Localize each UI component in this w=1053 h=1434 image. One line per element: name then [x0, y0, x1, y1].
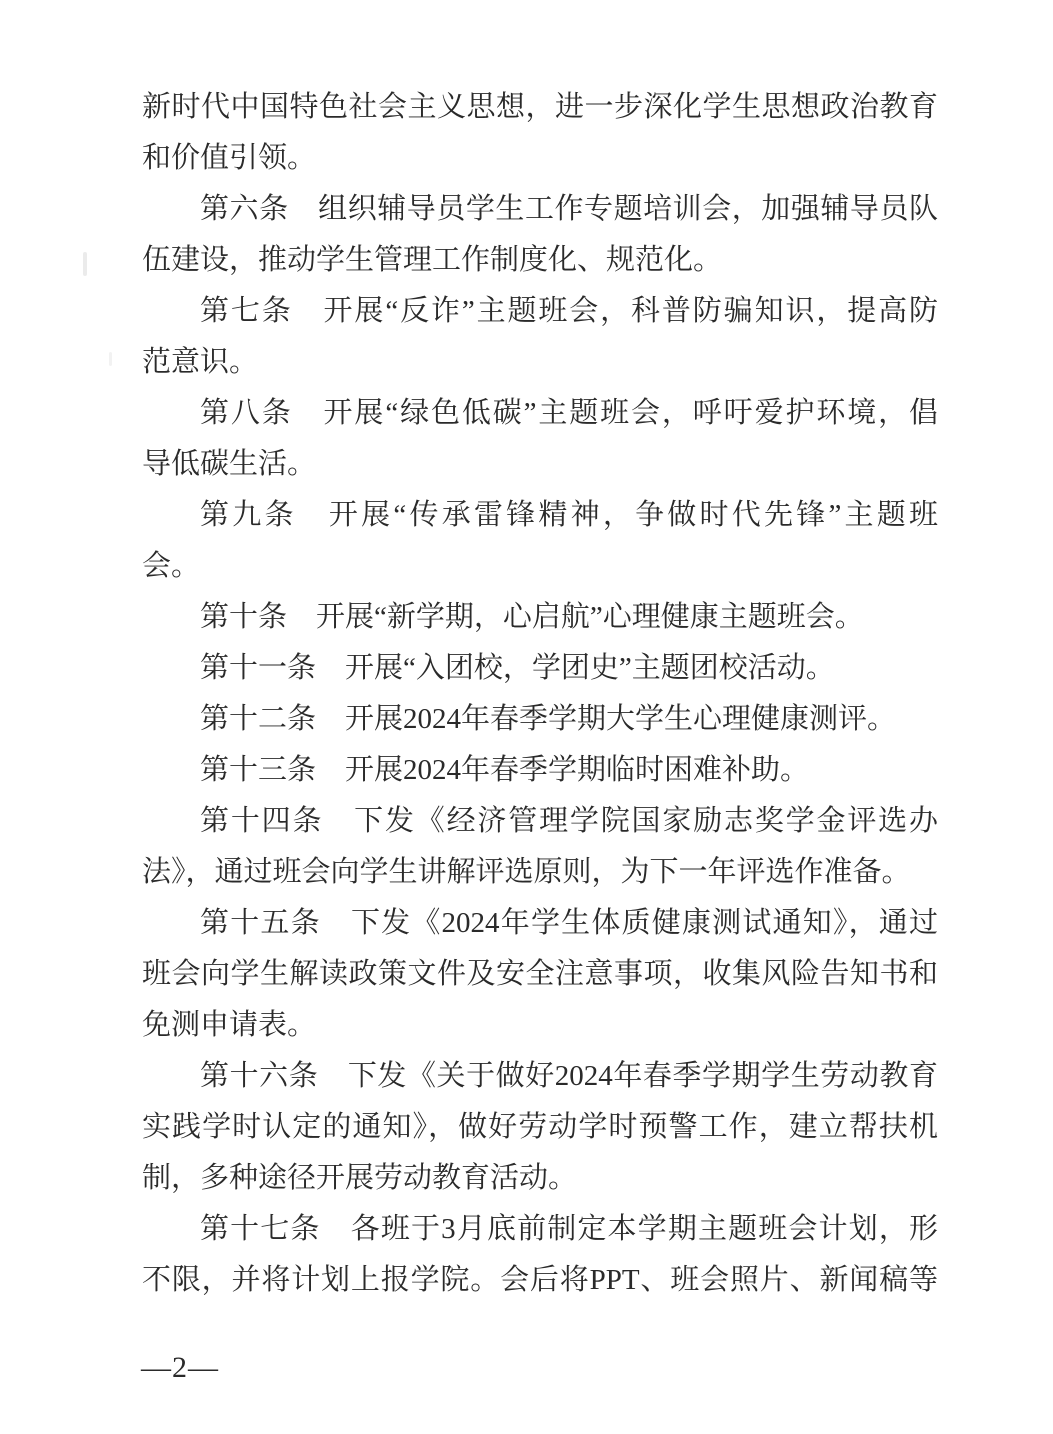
doc-line: 不限，并将计划上报学院。会后将PPT、班会照片、新闻稿等 [142, 1255, 938, 1306]
doc-line: 法》，通过班会向学生讲解评选原则，为下一年评选作准备。 [142, 847, 938, 898]
doc-line: 和价值引领。 [142, 133, 938, 184]
doc-line: 第十四条 下发《经济管理学院国家励志奖学金评选办 [142, 796, 938, 847]
doc-line: 第十一条 开展“入团校，学团史”主题团校活动。 [142, 643, 938, 694]
doc-line: 班会向学生解读政策文件及安全注意事项，收集风险告知书和 [142, 949, 938, 1000]
doc-line: 第十五条 下发《2024年学生体质健康测试通知》，通过 [142, 898, 938, 949]
page-number: —2— [141, 1342, 219, 1393]
doc-line: 第七条 开展“反诈”主题班会，科普防骗知识，提高防 [142, 286, 938, 337]
doc-line: 第六条 组织辅导员学生工作专题培训会，加强辅导员队 [142, 184, 938, 235]
doc-line: 第九条 开展“传承雷锋精神，争做时代先锋”主题班 [142, 490, 938, 541]
doc-line: 会。 [142, 541, 938, 592]
doc-line: 第十七条 各班于3月底前制定本学期主题班会计划，形式 [142, 1204, 938, 1255]
doc-line: 导低碳生活。 [142, 439, 938, 490]
document-body: 新时代中国特色社会主义思想，进一步深化学生思想政治教育 和价值引领。 第六条 组… [142, 82, 938, 1306]
doc-line: 第十条 开展“新学期，心启航”心理健康主题班会。 [142, 592, 938, 643]
doc-line: 制，多种途径开展劳动教育活动。 [142, 1153, 938, 1204]
doc-line: 新时代中国特色社会主义思想，进一步深化学生思想政治教育 [142, 82, 938, 133]
doc-line: 范意识。 [142, 337, 938, 388]
doc-line: 免测申请表。 [142, 1000, 938, 1051]
document-page: 新时代中国特色社会主义思想，进一步深化学生思想政治教育 和价值引领。 第六条 组… [0, 0, 1053, 1434]
doc-line: 第十二条 开展2024年春季学期大学生心理健康测评。 [142, 694, 938, 745]
doc-line: 伍建设，推动学生管理工作制度化、规范化。 [142, 235, 938, 286]
doc-line: 第十三条 开展2024年春季学期临时困难补助。 [142, 745, 938, 796]
doc-line: 实践学时认定的通知》，做好劳动学时预警工作，建立帮扶机 [142, 1102, 938, 1153]
doc-line: 第十六条 下发《关于做好2024年春季学期学生劳动教育 [142, 1051, 938, 1102]
scan-smudge [109, 352, 112, 366]
doc-line: 第八条 开展“绿色低碳”主题班会，呼吁爱护环境，倡 [142, 388, 938, 439]
scan-smudge [83, 252, 87, 276]
